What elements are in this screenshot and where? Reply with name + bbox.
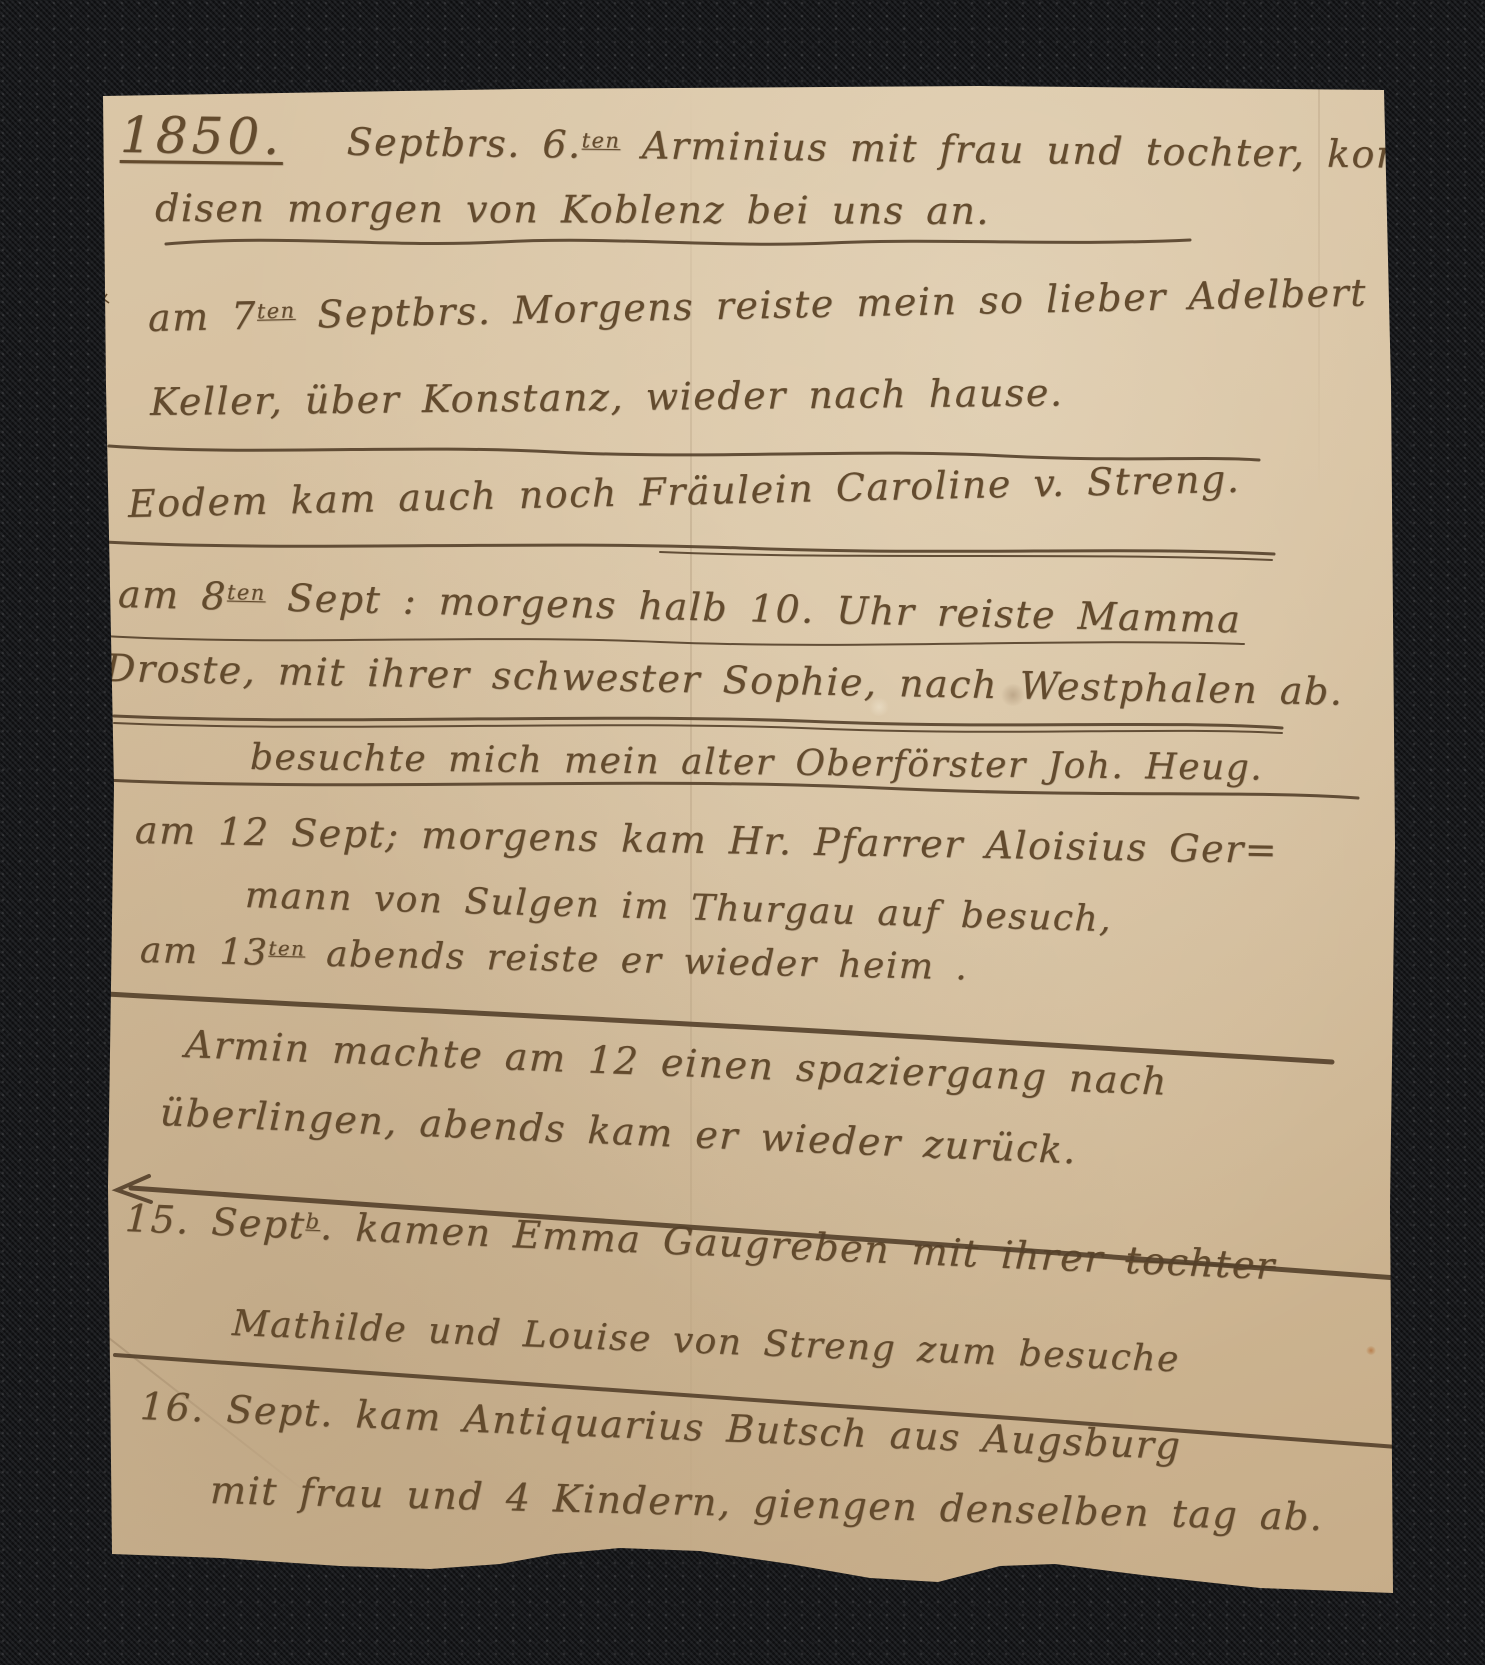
ink-rule-5 bbox=[100, 768, 1365, 812]
ink-rule-1 bbox=[160, 228, 1200, 258]
ink-rule-3 bbox=[100, 530, 1280, 570]
manuscript-line-3: am 7ten Septbrs. Morgens reiste mein so … bbox=[148, 272, 1368, 339]
manuscript-paper: 1850. Septbrs. 6.ten Arminius mit frau u… bbox=[100, 86, 1395, 1598]
manuscript-line-1: 1850. Septbrs. 6.ten Arminius mit frau u… bbox=[120, 108, 1485, 180]
ink-rule-7 bbox=[105, 1166, 1405, 1296]
manuscript-line-13: überlingen, abends kam er wieder zurück. bbox=[159, 1092, 1078, 1172]
ink-rule-2 bbox=[105, 436, 1265, 472]
ink-underline-squiggle bbox=[100, 626, 1250, 652]
manuscript-line-2: disen morgen von Koblenz bei uns an. bbox=[155, 188, 990, 233]
manuscript-line-17: mit frau und 4 Kindern, giengen denselbe… bbox=[209, 1470, 1323, 1539]
manuscript-line-10: mann von Sulgen im Thurgau auf besuch, bbox=[244, 876, 1112, 940]
ink-rule-4 bbox=[108, 702, 1288, 742]
manuscript-line-11: am 13ten abends reiste er wieder heim . bbox=[140, 931, 969, 988]
ink-rule-8 bbox=[105, 1341, 1405, 1461]
manuscript-line-9: am 12 Sept; morgens kam Hr. Pfarrer Aloi… bbox=[135, 810, 1279, 872]
photo-backdrop: 1850. Septbrs. 6.ten Arminius mit frau u… bbox=[0, 0, 1485, 1665]
manuscript-line-4: Keller, über Konstanz, wieder nach hause… bbox=[150, 372, 1064, 423]
ink-rule-6 bbox=[100, 984, 1340, 1076]
margin-ink-mark bbox=[96, 292, 112, 308]
